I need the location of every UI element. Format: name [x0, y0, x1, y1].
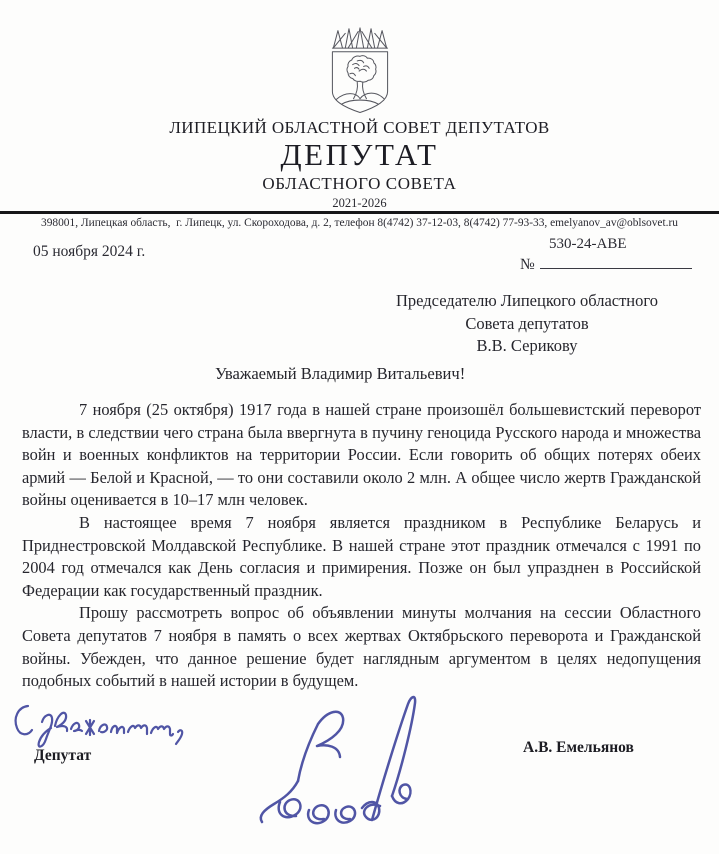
addressee-line: В.В. Серикову [381, 335, 673, 358]
org-name: ЛИПЕЦКИЙ ОБЛАСТНОЙ СОВЕТ ДЕПУТАТОВ [0, 118, 719, 138]
body-paragraph: Прошу рассмотреть вопрос об объявлении м… [22, 602, 701, 692]
body-paragraph: 7 ноября (25 октября) 1917 года в нашей … [22, 399, 701, 512]
letterhead-title: ДЕПУТАТ [0, 137, 719, 173]
term-years: 2021-2026 [0, 196, 719, 211]
number-field: № [520, 254, 692, 274]
addressee-block: Председателю Липецкого областного Совета… [381, 290, 673, 358]
handwritten-signature [222, 688, 440, 836]
letter-body: 7 ноября (25 октября) 1917 года в нашей … [22, 399, 701, 693]
lipetsk-coat-of-arms-icon [301, 26, 419, 118]
signer-position: Депутат [34, 747, 91, 765]
salutation: Уважаемый Владимир Витальевич! [50, 364, 719, 384]
reference-number: 530-24-АВЕ [549, 236, 627, 253]
addressee-line: Председателю Липецкого областного [381, 290, 673, 313]
scanned-letter-page: ЛИПЕЦКИЙ ОБЛАСТНОЙ СОВЕТ ДЕПУТАТОВ ДЕПУТ… [0, 0, 719, 854]
signer-name: А.В. Емельянов [523, 739, 634, 757]
number-sign: № [520, 256, 535, 273]
contact-line: 398001, Липецкая область, г. Липецк, ул.… [0, 217, 719, 229]
number-blank-line [540, 254, 692, 269]
body-paragraph: В настоящее время 7 ноября является праз… [22, 512, 701, 602]
letterhead-subtitle: ОБЛАСТНОГО СОВЕТА [0, 174, 719, 194]
letterhead-divider [0, 211, 719, 214]
addressee-line: Совета депутатов [381, 313, 673, 336]
letter-date: 05 ноября 2024 г. [33, 243, 145, 261]
